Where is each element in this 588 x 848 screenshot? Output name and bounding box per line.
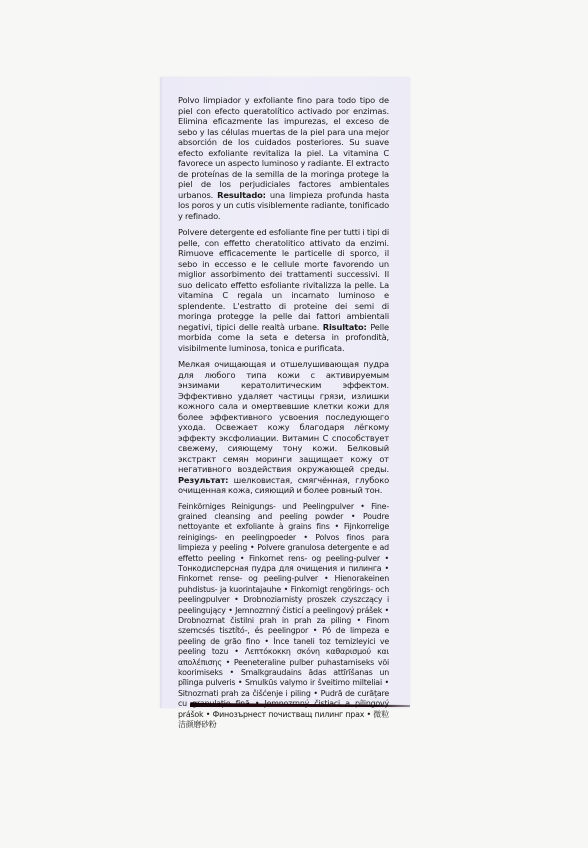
product-description: Polvo limpiador y exfoliante fino para t…: [178, 95, 389, 736]
russian-body: Мелкая очищающая и отшелушивающая пудра …: [178, 359, 389, 474]
multilingual-product-names: Feinkörniges Reinigungs- und Peelingpulv…: [178, 502, 389, 731]
spanish-result-label: Resultado:: [217, 190, 266, 200]
box-edge: [160, 77, 162, 708]
italian-result-label: Risultato:: [323, 322, 367, 332]
italian-description: Polvere detergente ed esfoliante fine pe…: [178, 227, 389, 353]
russian-description: Мелкая очищающая и отшелушивающая пудра …: [178, 359, 389, 496]
spanish-description: Polvo limpiador y exfoliante fino para t…: [178, 95, 389, 221]
italian-body: Polvere detergente ed esfoliante fine pe…: [178, 227, 389, 332]
spanish-body: Polvo limpiador y exfoliante fino para t…: [178, 95, 389, 200]
russian-result-label: Результат:: [178, 475, 228, 485]
product-box-panel: Polvo limpiador y exfoliante fino para t…: [160, 77, 410, 708]
